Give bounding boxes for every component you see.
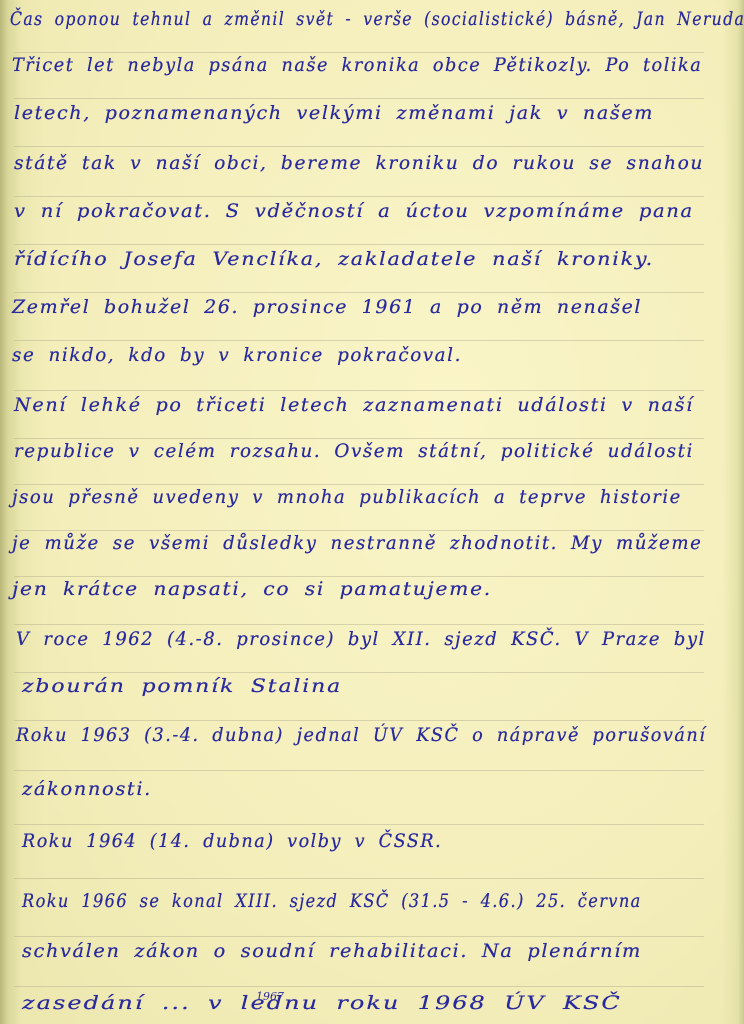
ruling-line [14,340,704,341]
ruling-line [14,244,704,245]
ruling-line [14,936,704,937]
ruling-line [14,52,704,53]
text-line: Roku 1964 (14. dubna) volby v ČSSR. [22,830,442,852]
text-line: Roku 1963 (3.-4. dubna) jednal ÚV KSČ o … [16,724,706,746]
ruling-line [14,624,704,625]
text-line: Zemřel bohužel 26. prosince 1961 a po ně… [12,296,642,318]
text-line: se nikdo, kdo by v kronice pokračoval. [12,344,462,366]
ruling-line [14,484,704,485]
text-line: státě tak v naší obci, bereme kroniku do… [14,152,704,174]
ruling-line [14,672,704,673]
text-line: řídícího Josefa Venclíka, zakladatele na… [14,248,654,270]
text-line: Třicet let nebyla psána naše kronika obc… [12,54,702,76]
text-line: jen krátce napsati, co si pamatujeme. [12,578,492,600]
ruling-line [14,530,704,531]
ruling-line [14,770,704,771]
text-line: V roce 1962 (4.-8. prosince) byl XII. sj… [16,628,706,650]
text-line: jsou přesně uvedeny v mnoha publikacích … [12,486,682,508]
text-line: schválen zákon o soudní rehabilitaci. Na… [22,940,642,962]
ruling-line [14,720,704,721]
ruling-line [14,98,704,99]
text-line: je může se všemi důsledky nestranně zhod… [12,532,702,554]
ruling-line [14,196,704,197]
text-line: letech, poznamenaných velkými změnami ja… [14,102,654,124]
ruling-line [14,986,704,987]
chronicle-page: Čas oponou tehnul a změnil svět - verše … [0,0,744,1024]
text-line: zákonnosti. [22,778,152,800]
text-line: Čas oponou tehnul a změnil svět - verše … [10,8,744,30]
text-line: v ní pokračovat. S vděčností a úctou vzp… [14,200,694,222]
insertion-annotation: 1967 [256,990,284,1003]
text-line: Není lehké po třiceti letech zaznamenati… [14,394,694,416]
ruling-line [14,438,704,439]
ruling-line [14,878,704,879]
text-line: Roku 1966 se konal XIII. sjezd KSČ (31.5… [22,890,642,912]
text-line: zbourán pomník Stalina [22,675,342,697]
text-line: zasedání ... v lednu roku 1968 ÚV KSČ [22,992,622,1014]
ruling-line [14,390,704,391]
ruling-line [14,146,704,147]
text-line: republice v celém rozsahu. Ovšem státní,… [14,440,694,462]
ruling-line [14,576,704,577]
ruling-line [14,824,704,825]
ruling-line [14,292,704,293]
